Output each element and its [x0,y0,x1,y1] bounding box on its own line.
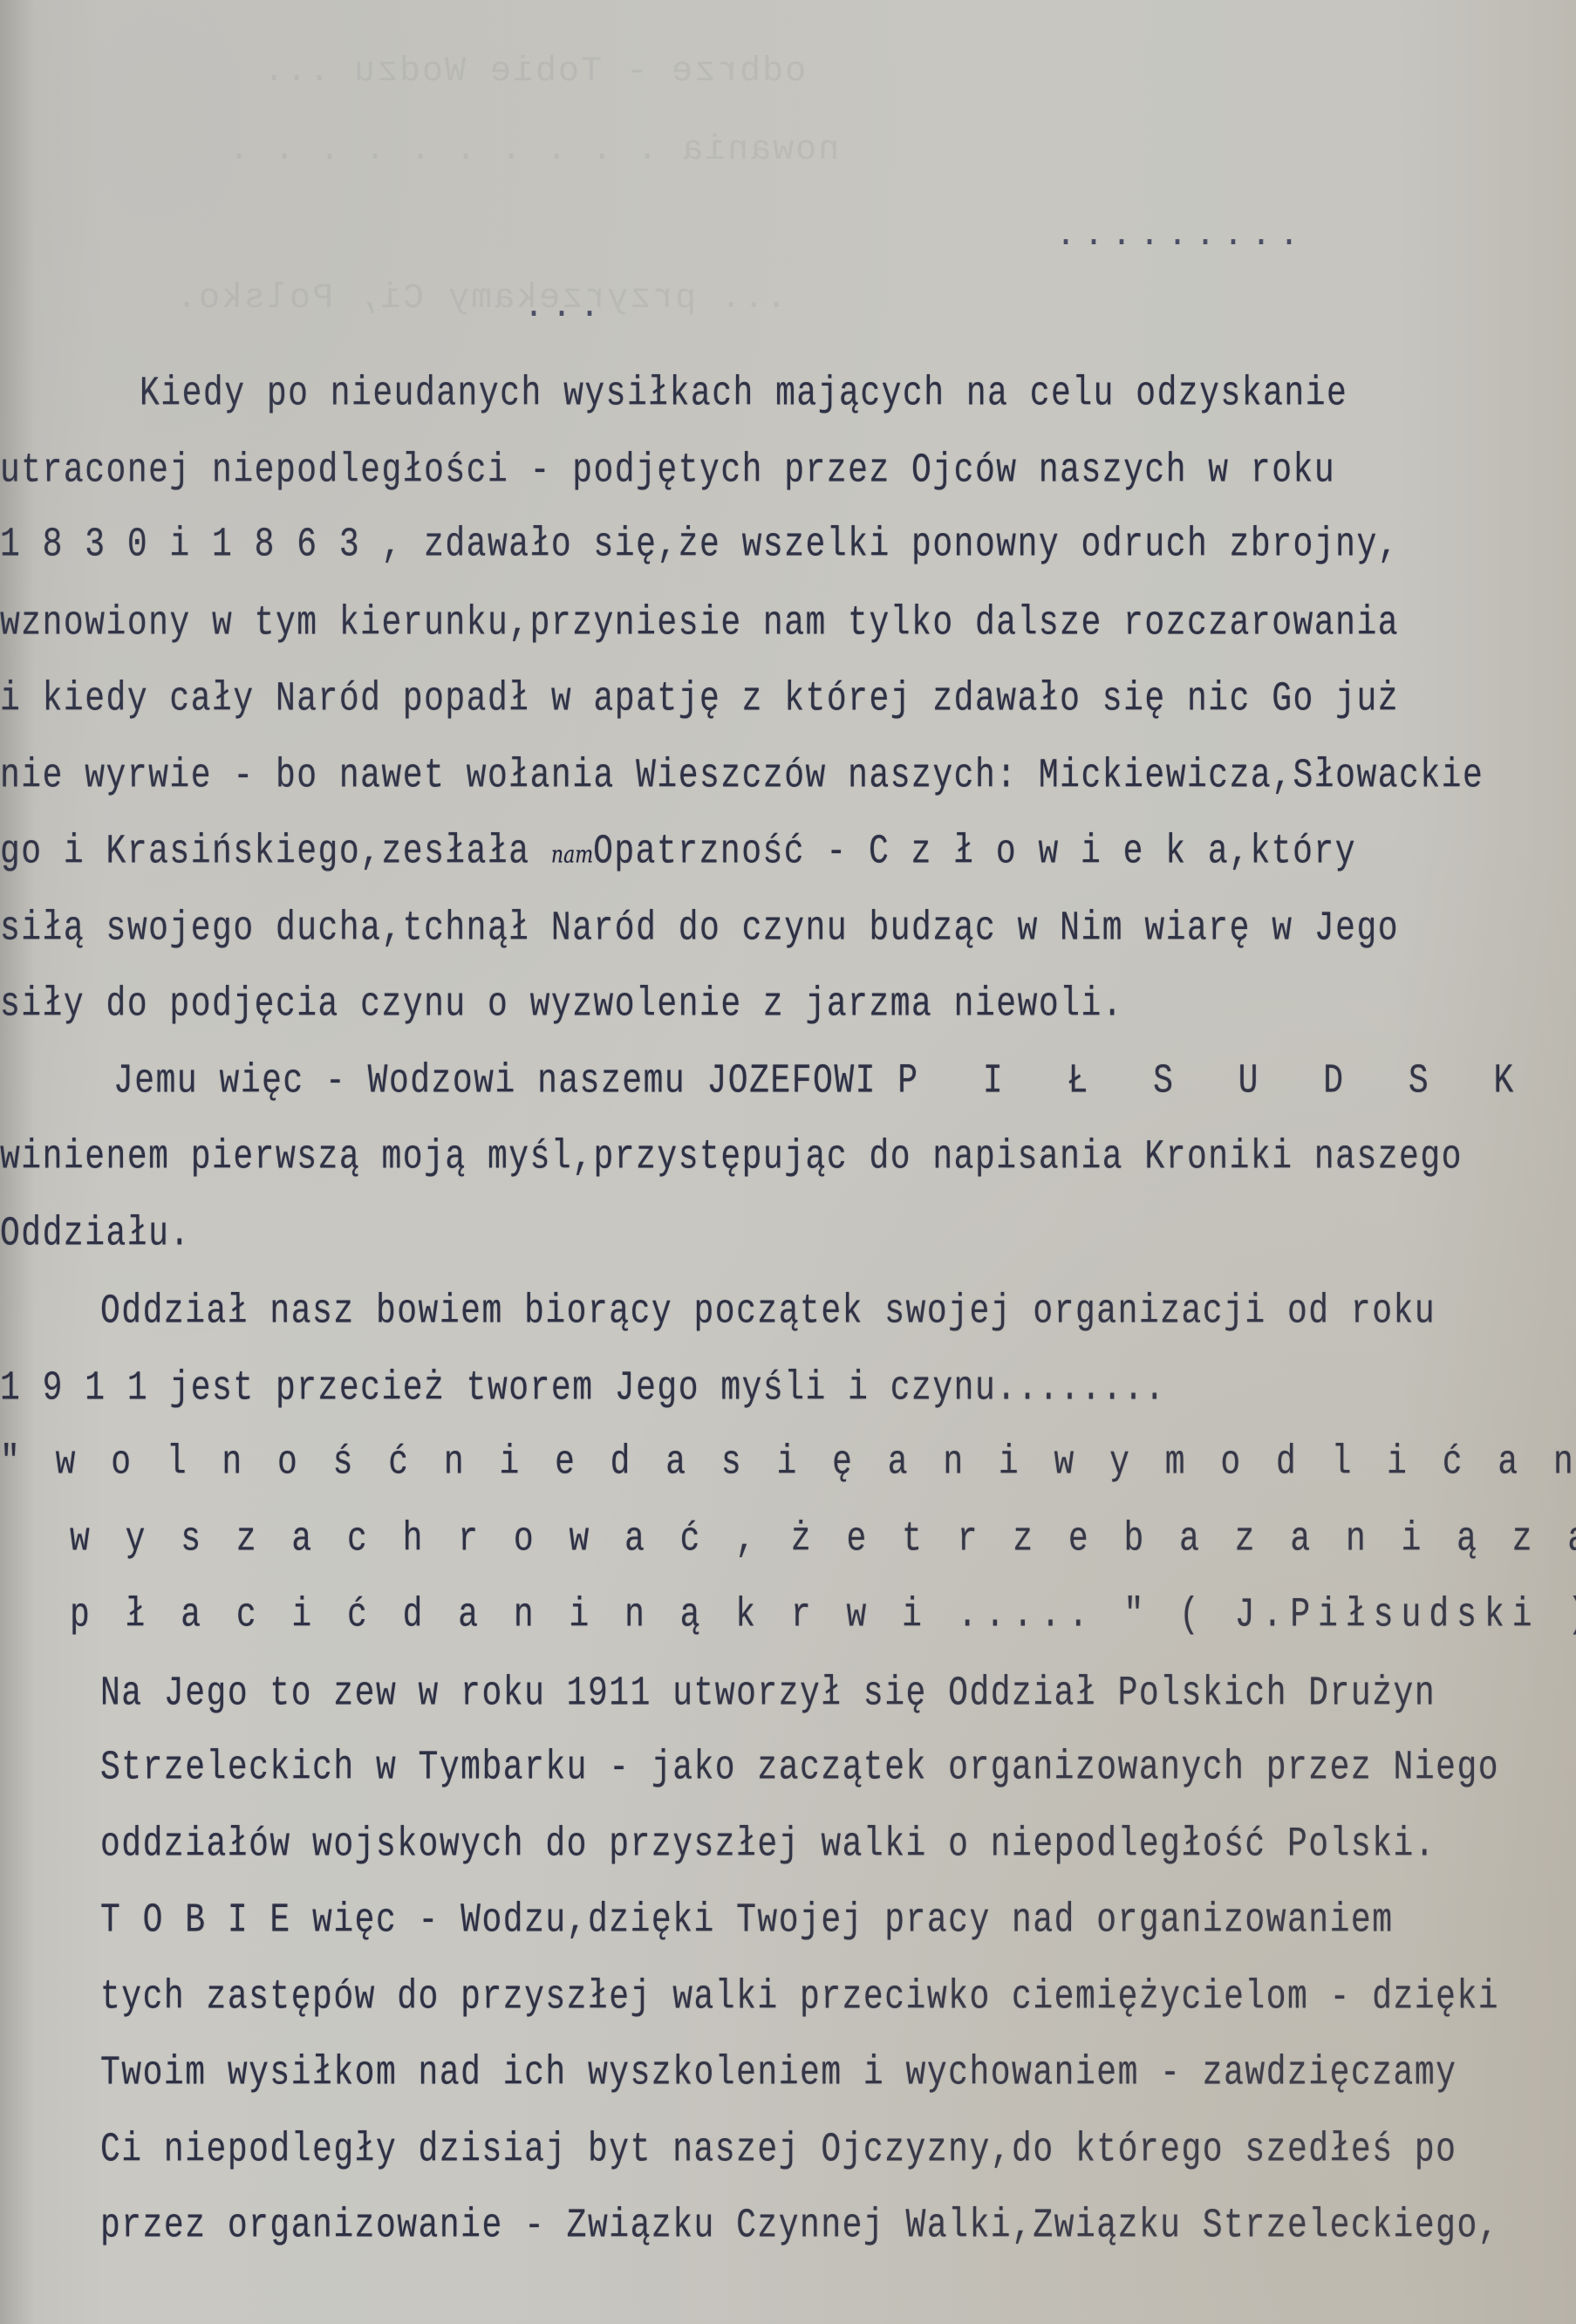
text-line: Strzeleckich w Tymbarku - jako zaczątek … [100,1745,1499,1792]
quote-line: " w o l n o ś ć n i e d a s i ę a n i w … [0,1439,1576,1487]
text-line: go i Krasińskiego,zesłała namOpatrzność … [0,829,1356,876]
separator-dots-small: ... [523,288,607,327]
text-line: Jemu więc - Wodzowi naszemu JOZEFOWI P I… [113,1058,1576,1105]
text-line: Ci niepodległy dzisiaj byt naszej Ojczyz… [100,2127,1457,2174]
text-line: Oddział nasz bowiem biorący początek swo… [100,1288,1436,1336]
handwritten-insertion: nam [551,842,593,869]
text-line: nie wyrwie - bo nawet wołania Wieszczów … [0,753,1484,800]
text-line: oddziałów wojskowych do przyszłej walki … [100,1822,1436,1869]
text-line: winienem pierwszą moją myśl,przystępując… [0,1134,1463,1181]
text-segment: go i Krasińskiego,zesłała [0,829,530,876]
text-line: Na Jego to zew w roku 1911 utworzył się … [100,1671,1436,1718]
text-line: Oddziału. [0,1211,191,1258]
bleed-through-text: odbrze - Tobie Wodzu ... [262,52,806,92]
text-line: i kiedy cały Naród popadł w apatję z któ… [0,676,1399,723]
text-segment: Jemu więc - Wodzowi naszemu JOZEFOWI [113,1058,877,1105]
separator-dots: ......... [1055,216,1307,256]
emphasized-name: P I Ł S U D S K I E M U [897,1058,1576,1105]
text-line: Kiedy po nieudanych wysiłkach mających n… [140,371,1347,418]
quote-line: w y s z a c h r o w a ć , ż e t r z e b … [70,1516,1576,1563]
text-line: siłą swojego ducha,tchnął Naród do czynu… [0,906,1399,953]
document-page: odbrze - Tobie Wodzu ... nowania . . . .… [0,0,1576,2324]
text-line: Twoim wysiłkom nad ich wyszkoleniem i wy… [100,2050,1457,2097]
bleed-through-text: nowania . . . . . . . . . . [227,131,839,170]
text-line: siły do podjęcia czynu o wyzwolenie z ja… [0,981,1123,1029]
text-line: tych zastępów do przyszłej walki przeciw… [100,1974,1499,2021]
bleed-through-text: ... przyrzekamy Ci, Polsko. [174,279,787,318]
text-line: 1 9 1 1 jest przecież tworem Jego myśli … [0,1365,1166,1412]
text-line: wznowiony w tym kierunku,przyniesie nam … [0,600,1399,647]
quote-line: p ł a c i ć d a n i n ą k r w i ..... " … [70,1592,1576,1639]
text-segment: Opatrzność - C z ł o w i e k a,który [593,829,1356,876]
text-line: 1 8 3 0 i 1 8 6 3 , zdawało się,że wszel… [0,522,1399,569]
text-line: utraconej niepodległości - podjętych prz… [0,448,1335,495]
text-line: przez organizowanie - Związku Czynnej Wa… [100,2203,1499,2250]
text-line: T O B I E więc - Wodzu,dzięki Twojej pra… [100,1897,1394,1945]
